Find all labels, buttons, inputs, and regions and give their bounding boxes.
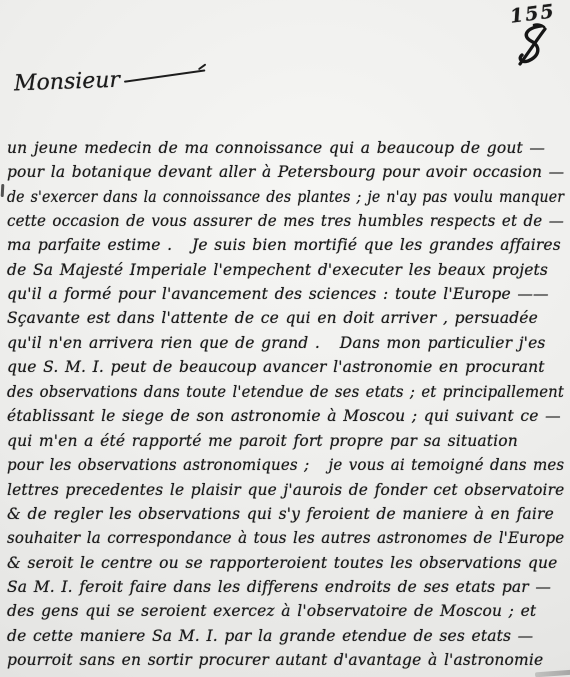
letter-line: qu'il n'en arrivera rien que de grand . … (7, 331, 564, 355)
manuscript-page: 155 Monsieur un jeune medecin de ma conn… (0, 0, 570, 677)
paraph-icon (514, 23, 552, 67)
letter-line: ma parfaite estime . Je suis bien mortif… (7, 233, 564, 257)
letter-line: pourroit sans en sortir procurer autant … (7, 648, 564, 672)
margin-ink-mark (1, 184, 4, 197)
salutation-text: Monsieur (14, 68, 121, 97)
letter-line: de Sa Majesté Imperiale l'empechent d'ex… (7, 258, 564, 282)
salutation: Monsieur (14, 65, 207, 97)
letter-line: cette occasion de vous assurer de mes tr… (7, 209, 548, 233)
letter-line: établissant le siege de son astronomie à… (7, 404, 564, 428)
letter-line: que S. M. I. peut de beaucoup avancer l'… (7, 355, 564, 379)
letter-line: qui m'en a été rapporté me paroit fort p… (7, 429, 564, 453)
letter-line: des gens qui se seroient exercez à l'obs… (7, 599, 564, 623)
letter-line: pour les observations astronomiques ; je… (7, 453, 548, 477)
letter-line: lettres precedentes le plaisir que j'aur… (7, 478, 561, 502)
flourish-dash (124, 70, 206, 84)
letter-line: qu'il a formé pour l'avancement des scie… (7, 282, 564, 306)
letter-line: de s'exercer dans la connoissance des pl… (7, 185, 514, 209)
letter-line: de cette maniere Sa M. I. par la grande … (7, 624, 564, 648)
letter-line: & de regler les observations qui s'y fer… (7, 502, 564, 526)
letter-line: pour la botanique devant aller à Petersb… (7, 160, 563, 184)
letter-line: Sa M. I. feroit faire dans les differens… (7, 575, 564, 599)
letter-line: Sçavante est dans l'attente de ce qui en… (7, 306, 564, 330)
letter-body: un jeune medecin de ma connoissance qui … (7, 136, 564, 673)
letter-line: & seroit le centre ou se rapporteroient … (7, 551, 564, 575)
letter-line: souhaiter la correspondance à tous les a… (7, 526, 548, 550)
letter-line: des observations dans toute l'etendue de… (7, 380, 541, 404)
letter-line: un jeune medecin de ma connoissance qui … (7, 136, 564, 160)
